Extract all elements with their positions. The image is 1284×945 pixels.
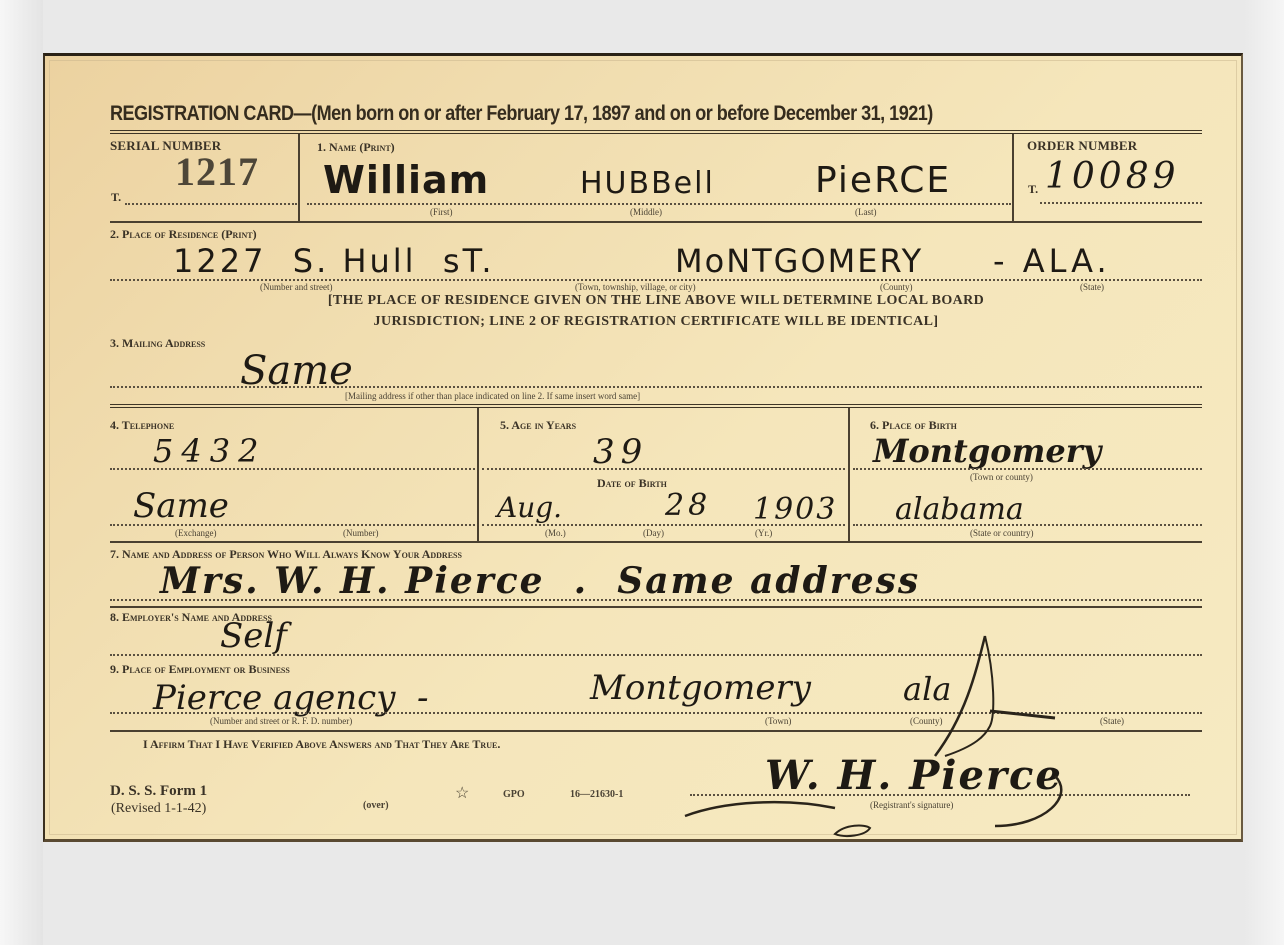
page-edge-right xyxy=(1244,0,1284,945)
registration-card: REGISTRATION CARD—(Men born on or after … xyxy=(43,53,1243,842)
pen-strokes-decoration xyxy=(45,56,1243,842)
page-edge-left xyxy=(0,0,43,945)
